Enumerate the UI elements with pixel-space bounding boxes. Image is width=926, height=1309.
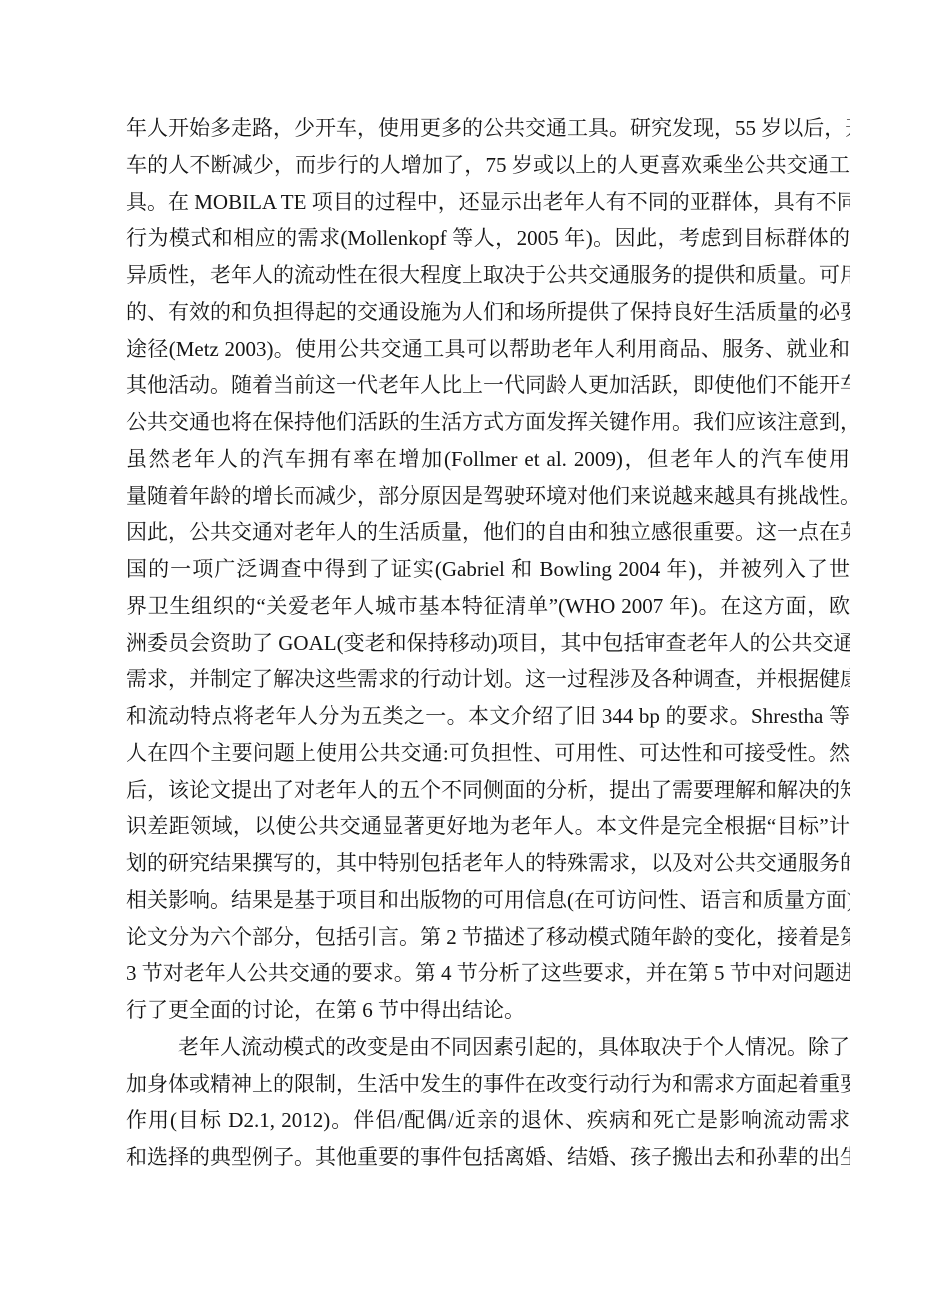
text-line: 人在四个主要问题上使用公共交通:可负担性、可用性、可达性和可接受性。然 bbox=[126, 735, 850, 772]
text-line: 途径(Metz 2003)。使用公共交通工具可以帮助老年人利用商品、服务、就业和 bbox=[126, 331, 850, 368]
text-line: 3 节对老年人公共交通的要求。第 4 节分析了这些要求，并在第 5 节中对问题进 bbox=[126, 955, 850, 992]
text-line: 老年人流动模式的改变是由不同因素引起的，具体取决于个人情况。除了增 bbox=[126, 1029, 850, 1066]
text-line: 年人开始多走路，少开车，使用更多的公共交通工具。研究发现，55 岁以后，开 bbox=[126, 110, 850, 147]
text-line: 其他活动。随着当前这一代老年人比上一代同龄人更加活跃，即使他们不能开车， bbox=[126, 367, 850, 404]
text-line: 识差距领域，以使公共交通显著更好地为老年人。本文件是完全根据“目标”计 bbox=[126, 808, 850, 845]
body-text-column: 年人开始多走路，少开车，使用更多的公共交通工具。研究发现，55 岁以后，开车的人… bbox=[126, 110, 850, 1176]
text-line: 相关影响。结果是基于项目和出版物的可用信息(在可访问性、语言和质量方面)1。 bbox=[126, 882, 850, 919]
text-line: 界卫生组织的“关爱老年人城市基本特征清单”(WHO 2007 年)。在这方面，欧 bbox=[126, 588, 850, 625]
text-line: 因此，公共交通对老年人的生活质量，他们的自由和独立感很重要。这一点在英 bbox=[126, 514, 850, 551]
text-line: 需求，并制定了解决这些需求的行动计划。这一过程涉及各种调查，并根据健康 bbox=[126, 661, 850, 698]
text-line: 洲委员会资助了 GOAL(变老和保持移动)项目，其中包括审查老年人的公共交通 bbox=[126, 625, 850, 662]
text-line: 作用(目标 D2.1, 2012)。伴侣/配偶/近亲的退休、疾病和死亡是影响流动… bbox=[126, 1102, 850, 1139]
text-line: 行为模式和相应的需求(Mollenkopf 等人，2005 年)。因此，考虑到目… bbox=[126, 220, 850, 257]
text-line: 公共交通也将在保持他们活跃的生活方式方面发挥关键作用。我们应该注意到， bbox=[126, 404, 850, 441]
text-line: 加身体或精神上的限制，生活中发生的事件在改变行动行为和需求方面起着重要 bbox=[126, 1066, 850, 1103]
text-line: 具。在 MOBILA TE 项目的过程中，还显示出老年人有不同的亚群体，具有不同… bbox=[126, 184, 850, 221]
text-line: 和流动特点将老年人分为五类之一。本文介绍了旧 344 bp 的要求。Shrest… bbox=[126, 698, 850, 735]
text-line: 和选择的典型例子。其他重要的事件包括离婚、结婚、孩子搬出去和孙辈的出生。 bbox=[126, 1139, 850, 1176]
text-line: 车的人不断减少，而步行的人增加了，75 岁或以上的人更喜欢乘坐公共交通工 bbox=[126, 147, 850, 184]
text-line: 国的一项广泛调查中得到了证实(Gabriel 和 Bowling 2004 年)… bbox=[126, 551, 850, 588]
text-line: 虽然老年人的汽车拥有率在增加(Follmer et al. 2009)，但老年人… bbox=[126, 441, 850, 478]
text-line: 后，该论文提出了对老年人的五个不同侧面的分析，提出了需要理解和解决的知 bbox=[126, 772, 850, 809]
text-line: 行了更全面的讨论，在第 6 节中得出结论。 bbox=[126, 992, 850, 1029]
document-page: 年人开始多走路，少开车，使用更多的公共交通工具。研究发现，55 岁以后，开车的人… bbox=[0, 0, 926, 1309]
text-line: 异质性，老年人的流动性在很大程度上取决于公共交通服务的提供和质量。可用 bbox=[126, 257, 850, 294]
text-line: 量随着年龄的增长而减少，部分原因是驾驶环境对他们来说越来越具有挑战性。 bbox=[126, 478, 850, 515]
text-line: 的、有效的和负担得起的交通设施为人们和场所提供了保持良好生活质量的必要 bbox=[126, 294, 850, 331]
text-line: 划的研究结果撰写的，其中特别包括老年人的特殊需求，以及对公共交通服务的 bbox=[126, 845, 850, 882]
text-line: 论文分为六个部分，包括引言。第 2 节描述了移动模式随年龄的变化，接着是第 bbox=[126, 919, 850, 956]
